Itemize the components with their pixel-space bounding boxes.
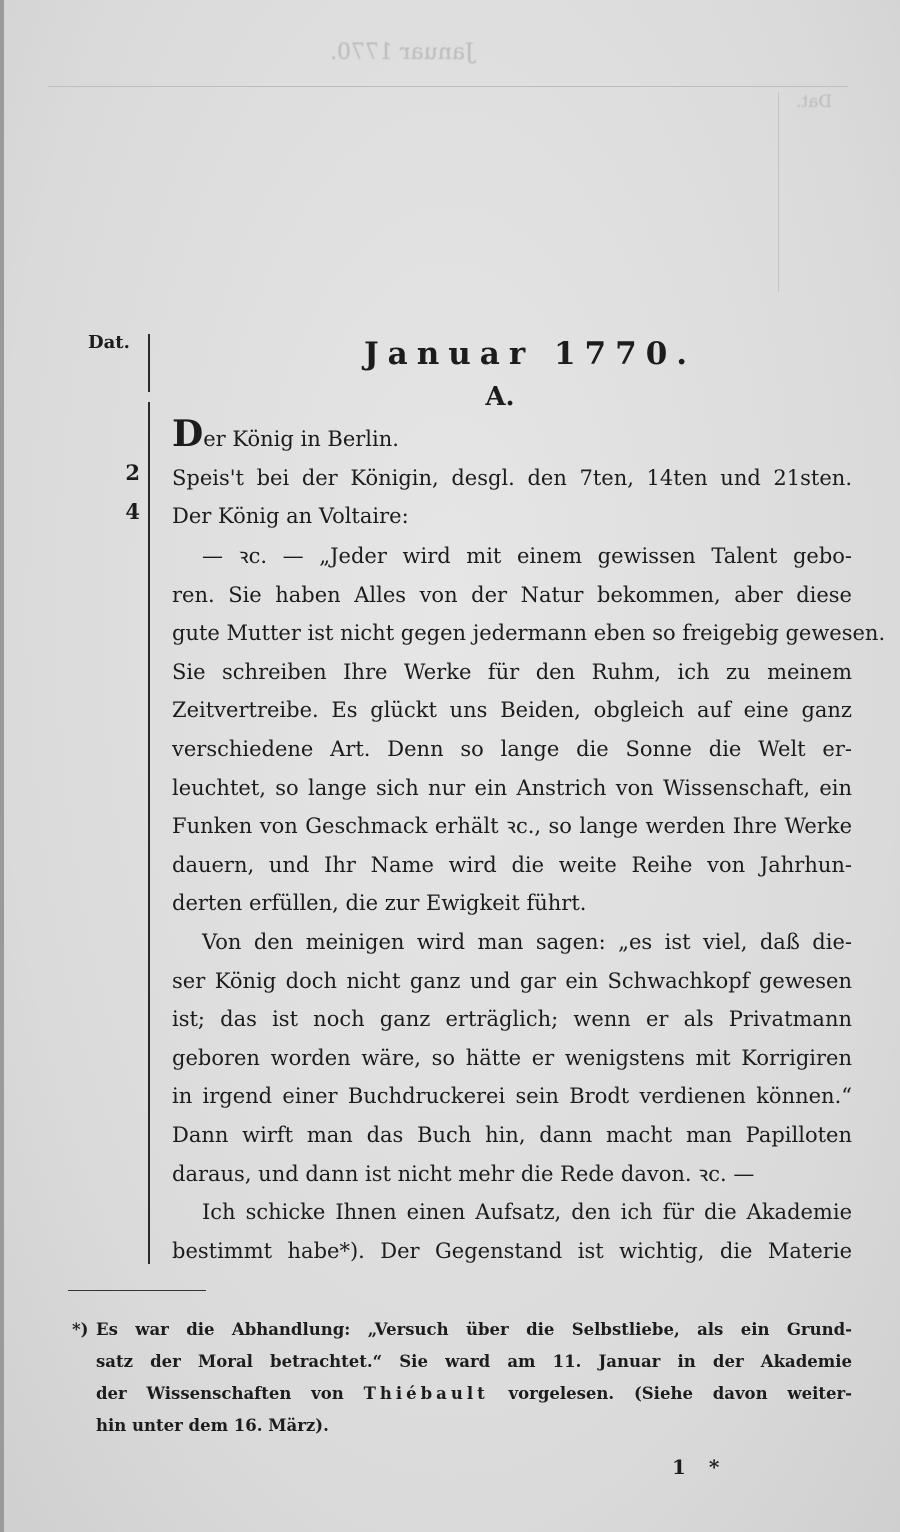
text-line: Funken von Geschmack erhält ꝛc., so lang…	[172, 807, 852, 846]
entry-line: Speis't bei der Königin, desgl. den 7ten…	[172, 459, 852, 498]
footnote-rule	[68, 1290, 206, 1291]
footnote-line: Es war die Abhandlung: „Versuch über die…	[96, 1314, 852, 1346]
letter-paragraph-3: Ich schicke Ihnen einen Aufsatz, den ich…	[172, 1193, 852, 1270]
date-column-rule-gap	[148, 392, 150, 402]
date-column-rule	[148, 334, 150, 1264]
text-line: verschiedene Art. Denn so lange die Sonn…	[172, 730, 852, 769]
date-number: 4	[110, 499, 140, 524]
text-line: derten erfüllen, die zur Ewigkeit führt.	[172, 884, 852, 923]
text-line: Zeitvertreibe. Es glückt uns Beiden, obg…	[172, 691, 852, 730]
bleed-through-column-rule	[778, 92, 779, 292]
text-line: ren. Sie haben Alles von der Natur bekom…	[172, 576, 852, 615]
section-letter: A.	[430, 382, 570, 412]
text-line: leuchtet, so lange sich nur ein Anstrich…	[172, 769, 852, 808]
letter-paragraph-1: — ꝛc. — „Jeder wird mit einem gewissen T…	[172, 537, 852, 923]
footnote-line: satz der Moral betrachtet.“ Sie ward am …	[96, 1346, 852, 1378]
book-page: Januar 1770. Dat. Dat. Januar 1770. A. 2…	[0, 0, 900, 1532]
text-line: geboren worden wäre, so hätte er wenigst…	[172, 1039, 852, 1078]
footnote-line: der Wissenschaften von Thiébault vorgele…	[96, 1378, 852, 1410]
footnote: *) Es war die Abhandlung: „Versuch über …	[96, 1314, 852, 1442]
text-line: Sie schreiben Ihre Werke für den Ruhm, i…	[172, 653, 852, 692]
footnote-marker: *)	[72, 1314, 88, 1346]
text-line: daraus, und dann ist nicht mehr die Rede…	[172, 1155, 852, 1194]
text-line: Von den meinigen wird man sagen: „es ist…	[172, 923, 852, 962]
page-edge	[0, 0, 4, 1532]
text-line: Ich schicke Ihnen einen Aufsatz, den ich…	[172, 1193, 852, 1232]
text-line: — ꝛc. — „Jeder wird mit einem gewissen T…	[172, 537, 852, 576]
date-number: 2	[110, 460, 140, 485]
entry-line: Der König in Berlin.	[172, 420, 852, 459]
letter-paragraph-2: Von den meinigen wird man sagen: „es ist…	[172, 923, 852, 1193]
text-line: gute Mutter ist nicht gegen jedermann eb…	[172, 614, 852, 653]
signature-mark: 1 *	[672, 1455, 727, 1479]
entry-line: Der König an Voltaire:	[172, 497, 852, 536]
date-column-label: Dat.	[88, 332, 130, 353]
text-line: Dann wirft man das Buch hin, dann macht …	[172, 1116, 852, 1155]
bleed-through-date-label: Dat.	[796, 92, 832, 112]
text-line: bestimmt habe*). Der Gegenstand ist wich…	[172, 1232, 852, 1271]
bleed-through-header: Januar 1770.	[330, 40, 474, 65]
text-line: ist; das ist noch ganz erträglich; wenn …	[172, 1000, 852, 1039]
footnote-line: hin unter dem 16. März).	[96, 1410, 852, 1442]
month-title: Januar 1770.	[300, 336, 760, 372]
bleed-through-rule	[48, 86, 848, 87]
entries: Der König in Berlin. Speis't bei der Kön…	[172, 420, 852, 536]
text-line: dauern, und Ihr Name wird die weite Reih…	[172, 846, 852, 885]
drop-cap: D	[172, 413, 203, 455]
text-line: ser König doch nicht ganz und gar ein Sc…	[172, 962, 852, 1001]
spaced-name: Thiébault	[364, 1384, 489, 1403]
text-line: in irgend einer Buchdruckerei sein Brodt…	[172, 1077, 852, 1116]
